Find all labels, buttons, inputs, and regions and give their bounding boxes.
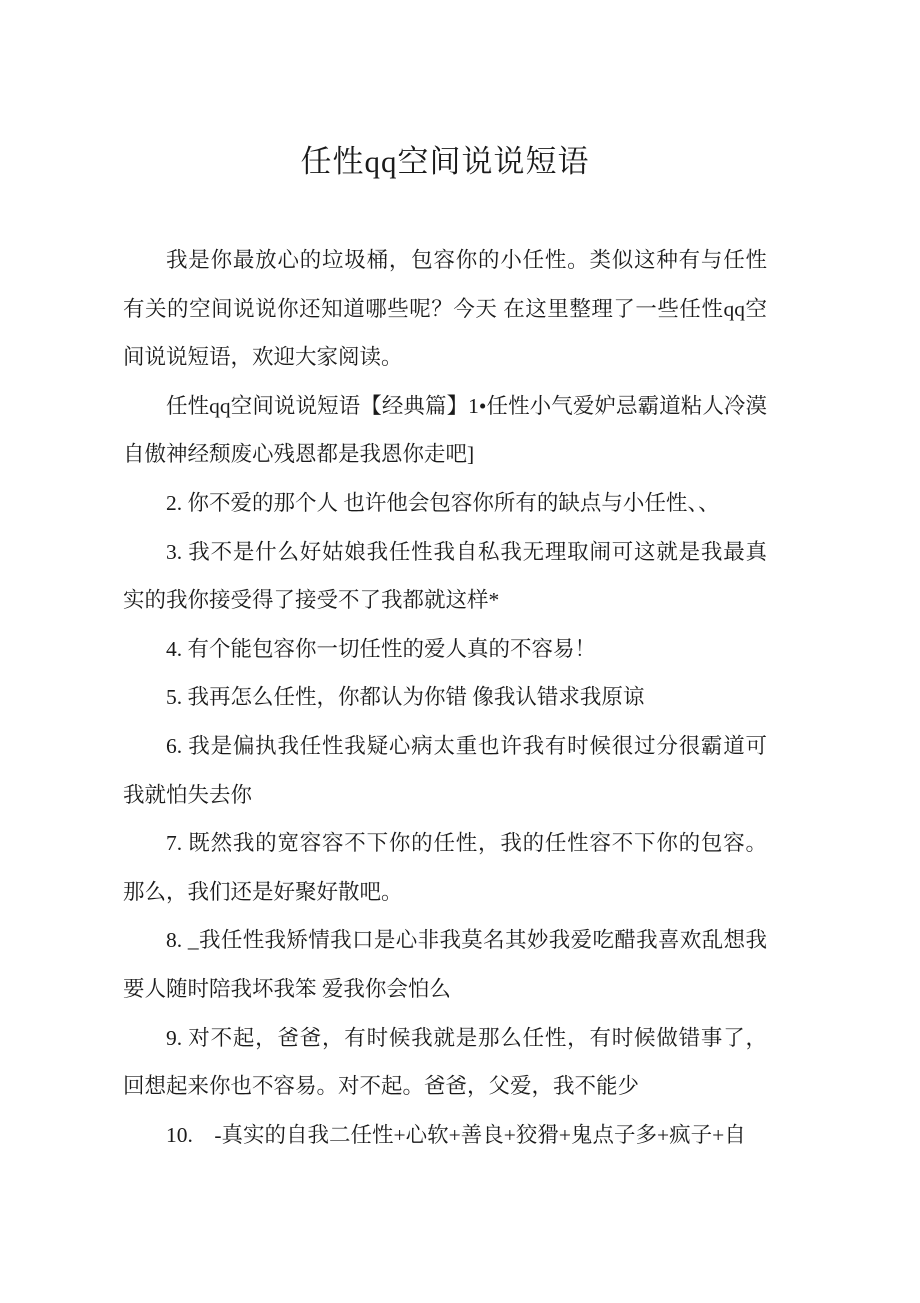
- saying-paragraph-7: 7. 既然我的宽容容不下你的任性，我的任性容不下你的包容。那么，我们还是好聚好散…: [123, 819, 767, 916]
- document-page: 任性qq空间说说短语 我是你最放心的垃圾桶，包容你的小任性。类似这种有与任性有关…: [0, 0, 920, 1303]
- intro-paragraph: 我是你最放心的垃圾桶，包容你的小任性。类似这种有与任性有关的空间说说你还知道哪些…: [123, 236, 767, 382]
- saying-paragraph-10: 10. -真实的自我二任性+心软+善良+狡猾+鬼点子多+疯子+自: [123, 1111, 767, 1160]
- saying-paragraph-1: 任性qq空间说说短语【经典篇】1•任性小气爱妒忌霸道粘人冷漠自傲神经颓废心残恩都…: [123, 382, 767, 479]
- saying-paragraph-6: 6. 我是偏执我任性我疑心病太重也许我有时候很过分很霸道可我就怕失去你: [123, 722, 767, 819]
- page-title: 任性qq空间说说短语: [123, 144, 767, 180]
- saying-paragraph-8: 8. _我任性我矫情我口是心非我莫名其妙我爱吃醋我喜欢乱想我要人随时陪我坏我笨 …: [123, 916, 767, 1013]
- saying-paragraph-9: 9. 对不起，爸爸，有时候我就是那么任性，有时候做错事了，回想起来你也不容易。对…: [123, 1014, 767, 1111]
- saying-paragraph-4: 4. 有个能包容你一切任性的爱人真的不容易！: [123, 625, 767, 674]
- saying-paragraph-3: 3. 我不是什么好姑娘我任性我自私我无理取闹可这就是我最真实的我你接受得了接受不…: [123, 528, 767, 625]
- saying-paragraph-5: 5. 我再怎么任性，你都认为你错 像我认错求我原谅: [123, 673, 767, 722]
- document-content: 任性qq空间说说短语 我是你最放心的垃圾桶，包容你的小任性。类似这种有与任性有关…: [123, 144, 767, 1159]
- saying-paragraph-2: 2. 你不爱的那个人 也许他会包容你所有的缺点与小任性、、: [123, 479, 767, 528]
